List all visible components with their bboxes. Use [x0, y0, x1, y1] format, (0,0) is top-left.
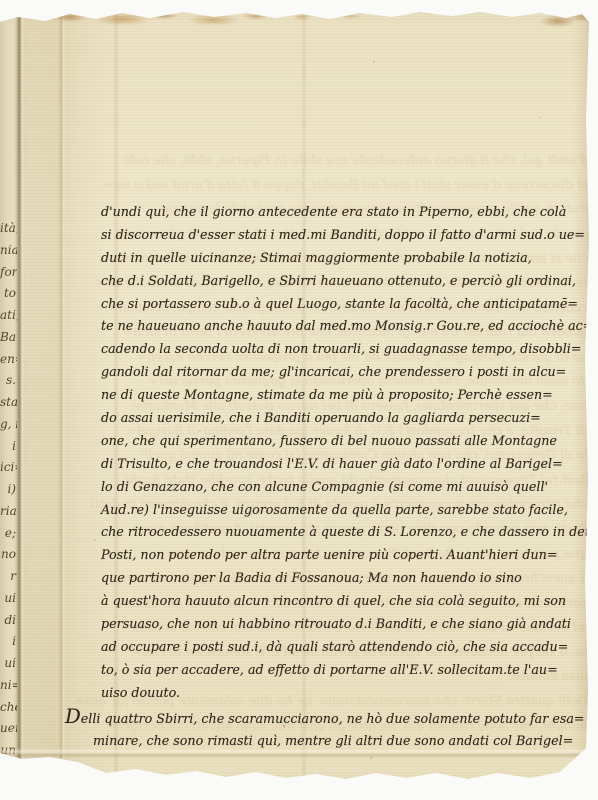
facing-page-text-fragment: ni= [0, 675, 17, 697]
manuscript-line: Posti, non potendo per altra parte uenir… [101, 544, 598, 567]
manuscript-line: cadendo la seconda uolta di non trouarli… [101, 338, 598, 361]
letter-body-paragraph: d'undi quì, che il giorno antecedente er… [101, 201, 598, 705]
facing-page-text-fragment: i [0, 436, 17, 458]
manuscript-line: persuaso, che non ui habbino ritrouato d… [101, 613, 598, 636]
bleedthrough-line: si discorreua d'esser stati i med.mi Ban… [20, 173, 588, 198]
facing-page-text-fragment: ici= [0, 457, 17, 479]
facing-page-text-fragment: s. [0, 370, 17, 392]
manuscript-line: d'undi quì, che il giorno antecedente er… [101, 201, 598, 224]
manuscript-line: uiso douuto. [101, 682, 598, 705]
manuscript-line: do assai uerisimile, che i Banditi operu… [101, 407, 598, 430]
facing-page-text-fragment: Bar [0, 327, 17, 349]
manuscript-page: ità,niafor=toati,Baren=s.sta=g, iiici=i)… [0, 0, 598, 800]
manuscript-line: Aud.re) l'inseguisse uigorosamente da qu… [101, 499, 598, 522]
manuscript-line: to, ò sia per accadere, ad effetto di po… [101, 659, 598, 682]
manuscript-line: Delli quattro Sbirri, che scaramucciaron… [65, 705, 585, 729]
ink-stains-top-edge [0, 9, 598, 41]
manuscript-line: che si portassero sub.o à quel Luogo, st… [101, 293, 598, 316]
stain-right-edge [582, 30, 598, 100]
facing-page-text-fragment: ati, [0, 305, 17, 327]
facing-page-text-fragment: i [0, 631, 17, 653]
facing-page-fragments: ità,niafor=toati,Baren=s.sta=g, iiici=i)… [0, 218, 17, 762]
facing-page-text-fragment: un [0, 740, 17, 762]
facing-page-text-fragment: che [0, 697, 17, 719]
facing-page-text-fragment: ità, [0, 218, 17, 240]
letter-second-paragraph: Delli quattro Sbirri, che scaramucciaron… [65, 705, 585, 753]
manuscript-line: gandoli dal ritornar da me; gl'incaricai… [101, 361, 598, 384]
manuscript-line: te ne haueuano anche hauuto dal med.mo M… [101, 315, 598, 338]
fold-crease-gutter [16, 12, 24, 776]
manuscript-line: que partirono per la Badia di Fossanoua;… [101, 567, 598, 590]
facing-page-text-fragment: ui [0, 653, 17, 675]
facing-page-text-fragment: no [0, 544, 17, 566]
facing-page-text-fragment: i) [0, 479, 17, 501]
manuscript-scan: ità,niafor=toati,Baren=s.sta=g, iiici=i)… [0, 0, 598, 800]
facing-page-text-fragment: for= [0, 262, 17, 284]
manuscript-line: lo di Genazzano, che con alcune Compagni… [101, 476, 598, 499]
facing-page-text-fragment: riar [0, 501, 17, 523]
facing-page-text-fragment: en= [0, 349, 17, 371]
manuscript-line: one, che qui sperimentano, fussero di be… [101, 430, 598, 453]
facing-page-text-fragment: uere [0, 718, 17, 740]
manuscript-line: à quest'hora hauuto alcun rincontro di q… [101, 590, 598, 613]
facing-page-edge: ità,niafor=toati,Baren=s.sta=g, iiici=i)… [0, 14, 17, 772]
manuscript-line: di Trisulto, e che trouandosi l'E.V. di … [101, 453, 598, 476]
manuscript-line: minare, che sono rimasti quì, mentre gli… [65, 729, 585, 753]
manuscript-line: duti in quelle uicinanze; Stimai maggior… [101, 247, 598, 270]
facing-page-text-fragment: ui [0, 588, 17, 610]
manuscript-line: che d.i Soldati, Barigello, e Sbirri hau… [101, 270, 598, 293]
manuscript-line: ad occupare i posti sud.i, dà quali star… [101, 636, 598, 659]
facing-page-text-fragment: sta= [0, 392, 17, 414]
facing-page-text-fragment: nia [0, 240, 17, 262]
facing-page-text-fragment: di [0, 610, 17, 632]
facing-page-text-fragment: e; [0, 523, 17, 545]
manuscript-line: che ritrocedessero nuouamente à queste d… [101, 521, 598, 544]
bleedthrough-line: d'undi quì, che il giorno antecedente er… [20, 148, 588, 173]
manuscript-line: si discorreua d'esser stati i med.mi Ban… [101, 224, 598, 247]
manuscript-line: ne di queste Montagne, stimate da me più… [101, 384, 598, 407]
facing-page-text-fragment: g, i [0, 414, 17, 436]
fold-crease [58, 12, 65, 776]
facing-page-text-fragment: r [0, 566, 17, 588]
facing-page-text-fragment: to [0, 283, 17, 305]
